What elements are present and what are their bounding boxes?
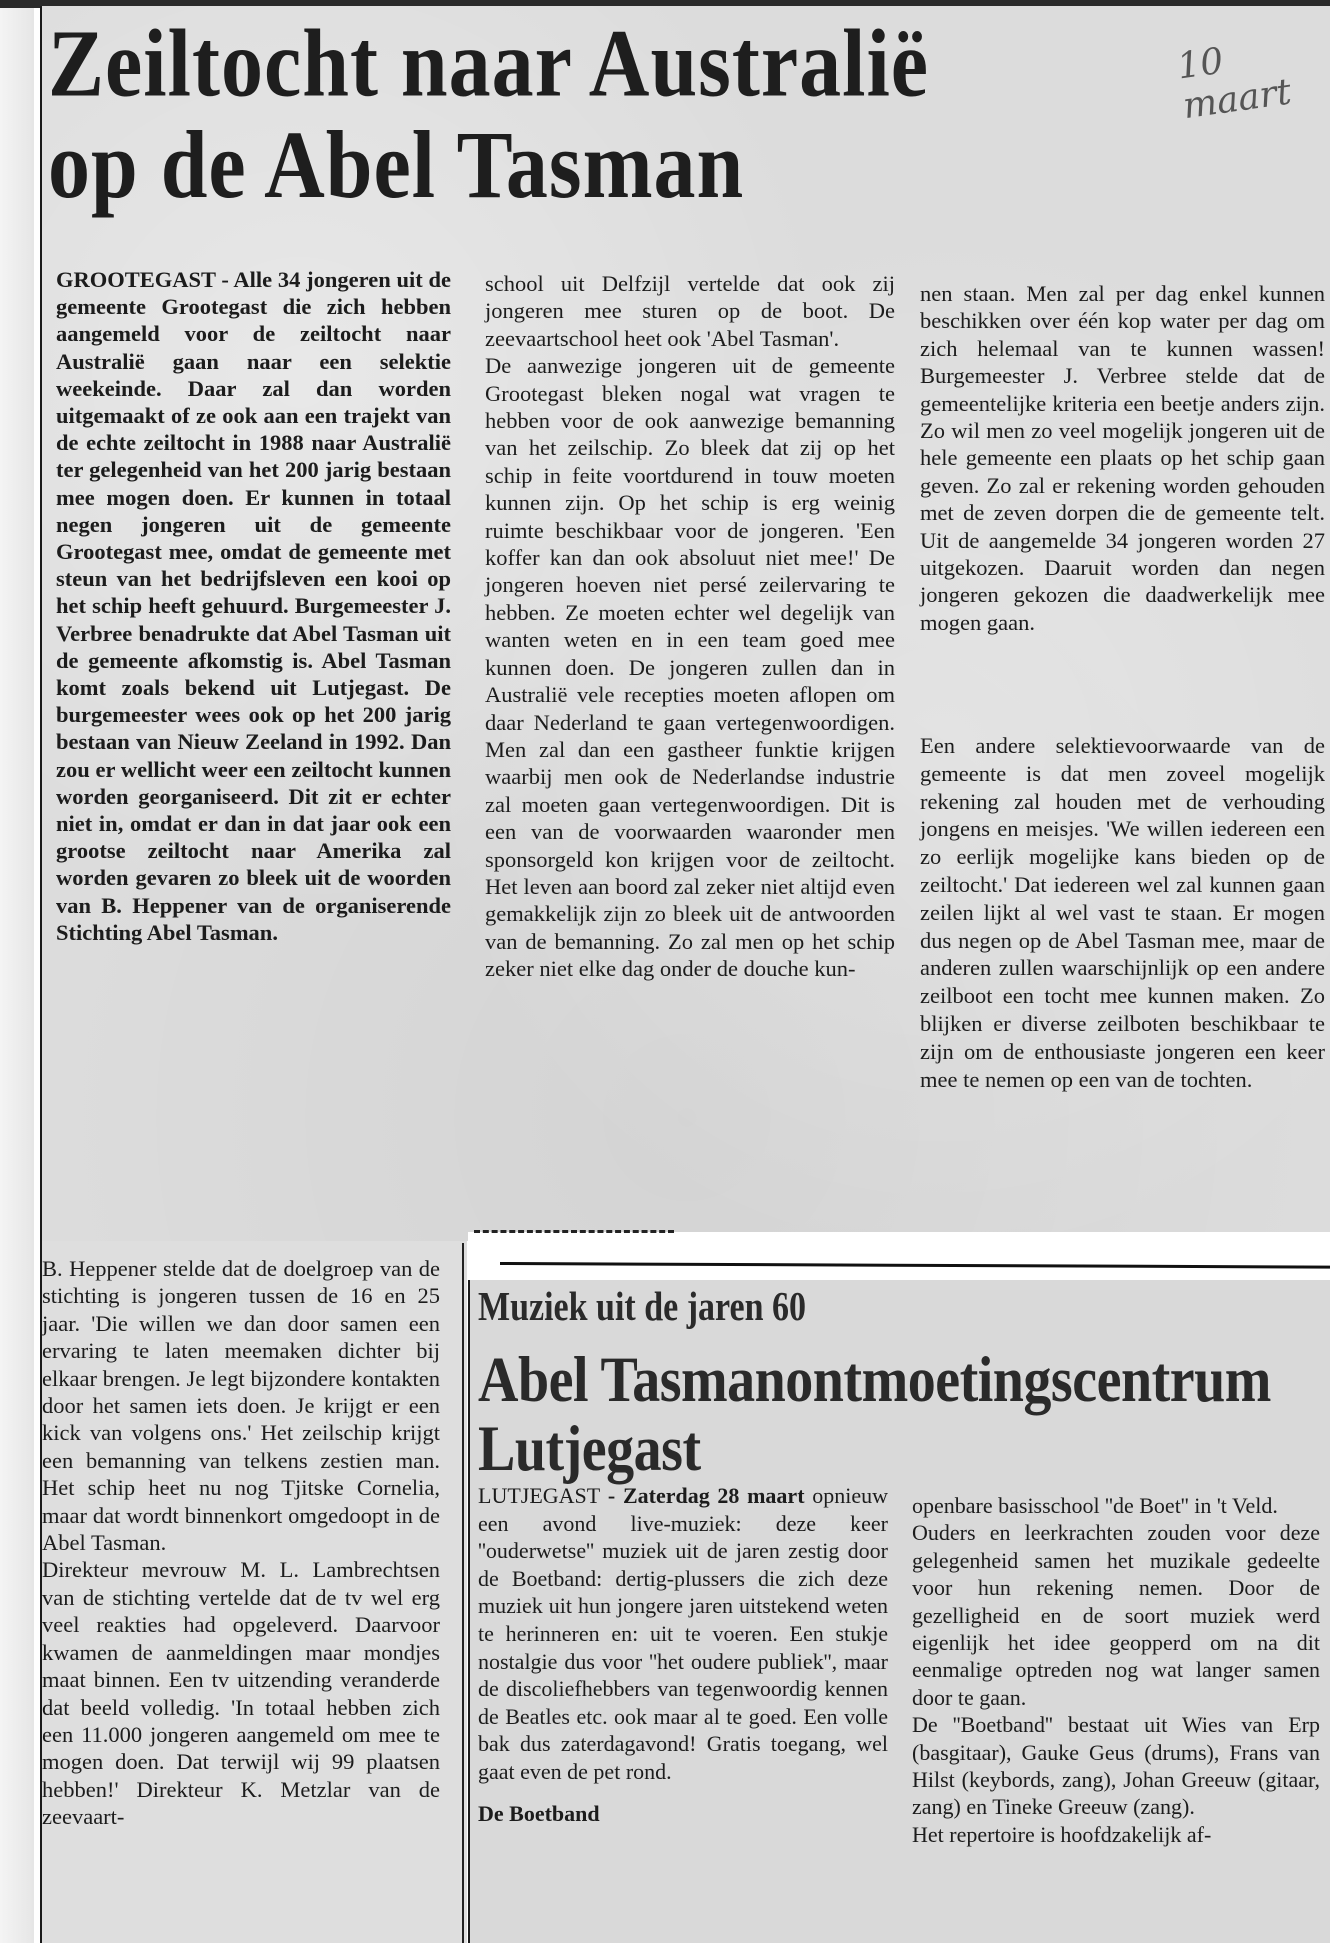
paragraph: nen staan. Men zal per dag enkel kunnen … [920, 280, 1325, 636]
paragraph: Het repertoire is hoofdzakelijk af- [912, 1821, 1320, 1848]
article-headline: Zeiltocht naar Australië op de Abel Tasm… [48, 14, 929, 216]
article2-headline-line-1: Abel Tasmanontmoetingscentrum [478, 1345, 1271, 1416]
article2-headline-line-2: Lutjegast [478, 1414, 701, 1485]
dashed-cut-line [474, 1230, 674, 1233]
headline-line-2: op de Abel Tasman [48, 112, 744, 219]
paragraph: Ouders en leerkrachten zouden voor deze … [912, 1519, 1320, 1711]
scan-left-margin [0, 8, 34, 1943]
dateline: LUTJEGAST [478, 1483, 600, 1508]
article-column-3: nen staan. Men zal per dag enkel kunnen … [920, 280, 1325, 636]
paragraph: De aanwezige jongeren uit de gemeente Gr… [485, 352, 895, 982]
handwritten-date-note: 10 maart [1175, 33, 1294, 127]
headline-line-1: Zeiltocht naar Australië [48, 11, 929, 118]
paragraph: Direkteur mevrouw M. L. Lambrechtsen van… [42, 1556, 440, 1830]
clipping-gap [468, 1232, 1330, 1278]
dateline-paragraph: LUTJEGAST - Zaterdag 28 maart opnieuw ee… [478, 1482, 888, 1786]
column-divider [462, 1243, 464, 1943]
paragraph: B. Heppener stelde dat de doelgroep van … [42, 1255, 440, 1556]
dateline-date: - Zaterdag 28 maart [600, 1483, 804, 1508]
article-column-2: school uit Delfzijl vertelde dat ook zij… [485, 270, 895, 983]
paragraph: Een andere selektievoorwaarde van de gem… [920, 732, 1325, 1093]
article2-column-1: LUTJEGAST - Zaterdag 28 maart opnieuw ee… [478, 1482, 888, 1827]
article2-headline: Abel Tasmanontmoetingscentrum Lutjegast [478, 1346, 1271, 1484]
paragraph: opnieuw een avond live-muziek: deze keer… [478, 1483, 888, 1784]
article-column-3-continued: Een andere selektievoorwaarde van de gem… [920, 732, 1325, 1093]
paragraph: openbare basisschool ''de Boet'' in 't V… [912, 1492, 1320, 1519]
lead-column: GROOTEGAST - Alle 34 jongeren uit de gem… [56, 266, 451, 946]
article2-kicker: Muziek uit de jaren 60 [478, 1285, 806, 1331]
paragraph: De ''Boetband'' bestaat uit Wies van Erp… [912, 1711, 1320, 1821]
article2-column-2: openbare basisschool ''de Boet'' in 't V… [912, 1492, 1320, 1848]
subheading: De Boetband [478, 1800, 888, 1828]
article-column-4: B. Heppener stelde dat de doelgroep van … [42, 1255, 440, 1831]
lead-paragraph: GROOTEGAST - Alle 34 jongeren uit de gem… [56, 266, 451, 946]
paragraph: school uit Delfzijl vertelde dat ook zij… [485, 270, 895, 352]
